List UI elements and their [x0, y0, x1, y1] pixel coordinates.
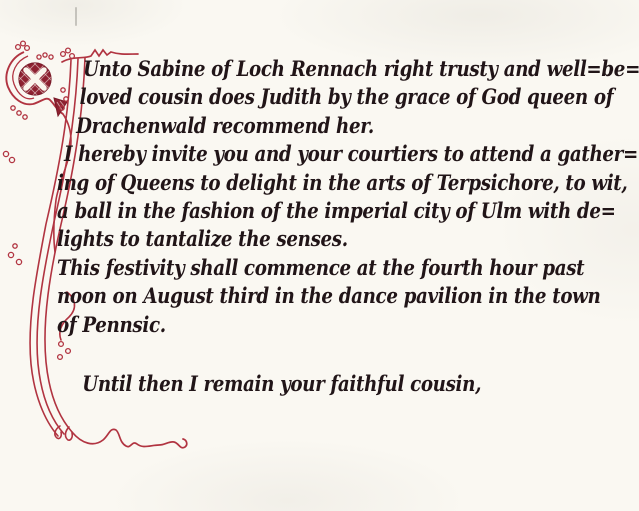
letter-line-7: lights to tantalize the senses. [57, 225, 562, 253]
letter-body: Unto Sabine of Loch Rennach right trusty… [57, 55, 637, 398]
letter-line-8: This festivity shall commence at the fou… [57, 254, 562, 282]
letter-page: Unto Sabine of Loch Rennach right trusty… [0, 0, 639, 511]
letter-line-2: loved cousin does Judith by the grace of… [57, 83, 562, 111]
flourish-tail [72, 429, 187, 447]
letter-line-9: noon on August third in the dance pavili… [57, 282, 562, 310]
letter-line-5: ing of Queens to delight in the arts of … [57, 169, 562, 197]
letter-line-10: of Pennsic. [57, 311, 562, 339]
letter-line-1: Unto Sabine of Loch Rennach right trusty… [57, 55, 562, 83]
letter-line-4: I hereby invite you and your courtiers t… [57, 140, 562, 168]
scan-mark [75, 7, 77, 26]
letter-closing-line: Until then I remain your faithful cousin… [57, 370, 562, 398]
letter-line-3: Drachenwald recommend her. [57, 112, 562, 140]
letter-line-6: a ball in the fashion of the imperial ci… [57, 197, 562, 225]
